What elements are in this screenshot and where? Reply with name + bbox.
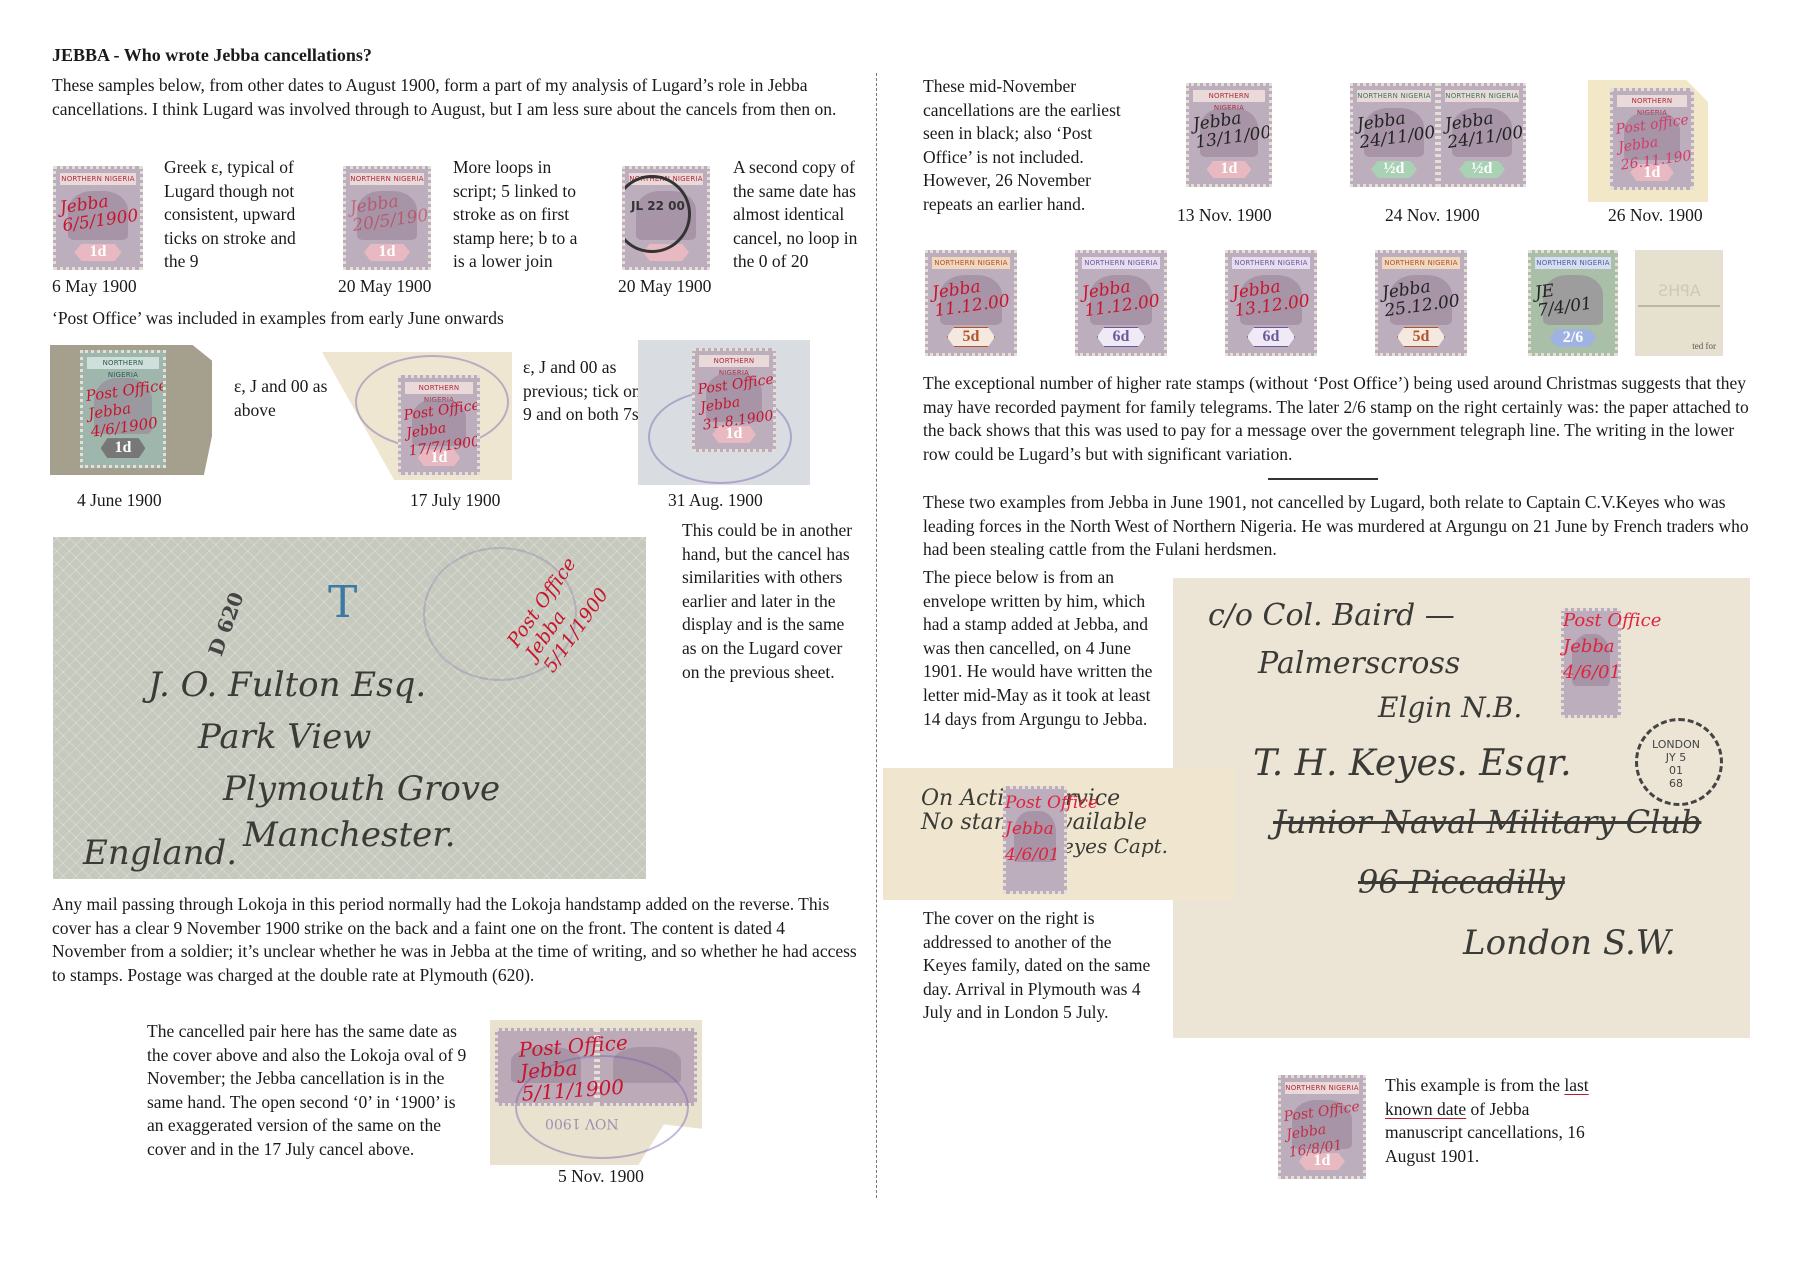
caption-13-nov: 13 Nov. 1900: [1177, 205, 1272, 226]
keyes-paragraph: These two examples from Jebba in June 19…: [923, 491, 1753, 562]
stamp-16-aug-1901: NORTHERN NIGERIA 1d Post Office Jebba 16…: [1278, 1075, 1366, 1179]
stamp-20-may-1900-a: NORTHERN NIGERIA 1d Jebba 20/5/1900: [343, 166, 431, 270]
keyes-cover-cancel: Post Office Jebba 4/6/01: [1563, 608, 1661, 686]
last-known-note: This example is from the last known date…: [1385, 1074, 1595, 1168]
page-title: JEBBA - Who wrote Jebba cancellations?: [52, 45, 372, 66]
row2-heading: ‘Post Office’ was included in examples f…: [52, 307, 504, 331]
circular-postmark: [622, 175, 691, 253]
stamp-20-may-1900-b: NORTHERN NIGERIA JL 22 00: [622, 166, 710, 270]
tax-mark: T: [328, 577, 357, 628]
stamp-2-6-7-apr-01: NORTHERN NIGERIA 2/6 JE 7/4/01: [1528, 250, 1618, 356]
keyes-cover: Post Office Jebba 4/6/01 LONDONJY 50168 …: [1173, 578, 1750, 1038]
caption-6-may: 6 May 1900: [52, 276, 137, 297]
caption-31-aug: 31 Aug. 1900: [668, 490, 763, 511]
stamp-24-nov-1900-a: NORTHERN NIGERIA ½d Jebba 24/11/00: [1350, 83, 1438, 187]
stamp-5d-25-dec: NORTHERN NIGERIA 5d Jebba 25.12.00: [1375, 250, 1467, 356]
stamp-24-nov-1900-b: NORTHERN NIGERIA ½d Jebba 24/11/00: [1438, 83, 1526, 187]
note-20-may-a: More loops in script; 5 linked to stroke…: [453, 156, 593, 274]
caption-17-july: 17 July 1900: [410, 490, 500, 511]
note-4-june: ε, J and 00 as above: [234, 375, 344, 422]
stamp-6d-13-dec: NORTHERN NIGERIA 6d Jebba 13.12.00: [1225, 250, 1317, 356]
stamp-17-july-1900: NORTHERN NIGERIA 1d Post Office Jebba 17…: [398, 375, 480, 475]
stamp-13-nov-1900: NORTHERN NIGERIA 1d Jebba 13/11/00: [1186, 83, 1272, 187]
caption-5-nov: 5 Nov. 1900: [558, 1166, 644, 1187]
pair-cancel: Post Office Jebba 5/11/1900: [518, 1031, 632, 1104]
stamp-26-nov-1900: NORTHERN NIGERIA 1d Post office Jebba 26…: [1610, 88, 1694, 190]
note-20-may-b: A second copy of the same date has almos…: [733, 156, 873, 274]
note-6-may: Greek ε, typical of Lugard though not co…: [164, 156, 309, 274]
caption-4-june: 4 June 1900: [77, 490, 162, 511]
keyes-piece-cancel: Post Office Jebba 4/6/01: [1005, 790, 1098, 868]
column-divider: [876, 73, 877, 1198]
telegram-paragraph: The exceptional number of higher rate st…: [923, 372, 1753, 466]
stamp-5d-11-dec: NORTHERN NIGERIA 5d Jebba 11.12.00: [925, 250, 1017, 356]
caption-20-may-b: 20 May 1900: [618, 276, 711, 297]
stamp-31-aug-1900: NORTHERN NIGERIA 1d Post Office Jebba 31…: [692, 348, 776, 452]
caption-20-may-a: 20 May 1900: [338, 276, 431, 297]
lokoja-paragraph: Any mail passing through Lokoja in this …: [52, 893, 862, 987]
section-rule: [1268, 478, 1378, 480]
cover-note: This could be in another hand, but the c…: [682, 519, 857, 684]
caption-26-nov: 26 Nov. 1900: [1608, 205, 1703, 226]
fulton-cover: T D 620 Post Office Jebba 5/11/1900 J. O…: [53, 537, 646, 879]
caption-24-nov: 24 Nov. 1900: [1385, 205, 1480, 226]
stamp-4-june-1900: NORTHERN NIGERIA 1d Post Office Jebba 4/…: [80, 350, 166, 468]
charge-mark: D 620: [203, 589, 248, 659]
note-17-july: ε, J and 00 as previous; tick on 9 and o…: [523, 356, 643, 427]
stamp-2-6-back: APHS ted for: [1635, 250, 1723, 356]
stamp-6d-11-dec: NORTHERN NIGERIA 6d Jebba 11.12.00: [1075, 250, 1167, 356]
intro-paragraph: These samples below, from other dates to…: [52, 74, 852, 121]
stamp-6-may-1900: NORTHERN NIGERIA 1d Jebba 6/5/1900: [53, 166, 143, 270]
keyes-piece: On Active Service No stamps available C.…: [883, 768, 1235, 900]
piece-note: The piece below is from an envelope writ…: [923, 566, 1168, 731]
nov-note: These mid-November cancellations are the…: [923, 75, 1143, 217]
pair-note: The cancelled pair here has the same dat…: [147, 1020, 467, 1162]
cover-note-right: The cover on the right is addressed to a…: [923, 907, 1153, 1025]
